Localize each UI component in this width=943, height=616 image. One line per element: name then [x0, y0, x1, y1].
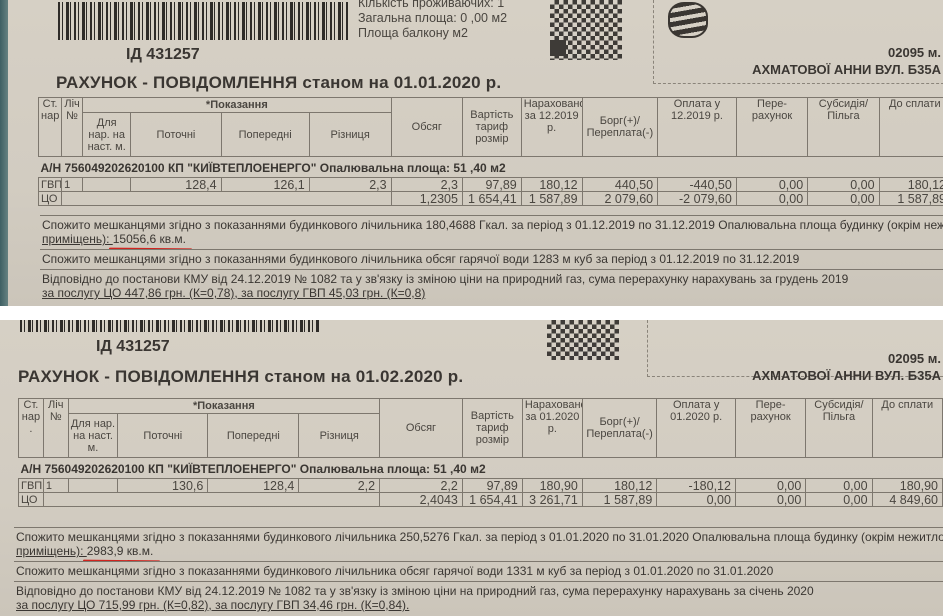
note-hot-water-consumption: Спожито мешканцями згідно з показаннями …: [14, 561, 943, 581]
col-header-previous: Попередні: [221, 113, 309, 157]
street-address: АХМАТОВОЇ АННИ ВУЛ. Б35А: [752, 367, 941, 384]
note-hot-water-consumption: Спожито мешканцями згідно з показаннями …: [40, 249, 943, 269]
cell-empty-readings: [43, 493, 379, 507]
highlighted-building-area: 2983,9 кв.м.: [87, 544, 154, 558]
street-address: АХМАТОВОЇ АННИ ВУЛ. Б35А: [752, 61, 941, 78]
cell-payment: 0,00: [657, 493, 736, 507]
col-header-volume: Обсяг: [391, 98, 462, 157]
total-area: Загальна площа: 0 ,00 м2: [358, 11, 507, 26]
cell-service: ГВП: [19, 479, 44, 493]
cell-debt: 1 587,89: [582, 493, 656, 507]
cell-recalculation: 0,00: [735, 479, 805, 493]
cell-recalculation: 0,00: [735, 493, 805, 507]
bill-id: ІД 431257: [126, 46, 200, 64]
cell-to-pay: 180,90: [872, 479, 942, 493]
note-recalculation: Відповідно до постанови КМУ від 24.12.20…: [40, 269, 943, 303]
account-line: А/Н 756049202620100 КП "КИЇВТЕПЛОЕНЕРГО"…: [39, 157, 943, 178]
cell-tariff: 1 654,41: [462, 493, 522, 507]
col-header-difference: Різниця: [299, 414, 380, 458]
col-header-payment: Оплата у 12.2019 р.: [658, 98, 737, 157]
cell-accrued: 1 587,89: [521, 192, 582, 206]
barcode: [20, 320, 320, 332]
cell-debt: 2 079,60: [582, 192, 658, 206]
cell-to-pay: 1 587,89: [879, 192, 943, 206]
col-header-readings: *Показання: [83, 98, 392, 113]
col-header-readings: *Показання: [68, 399, 379, 414]
cell-payment: -440,50: [658, 178, 737, 192]
cell-meter: 1: [43, 479, 68, 493]
col-header-st-nar: Ст. нар: [39, 98, 62, 157]
cell-accrued: 180,90: [522, 479, 582, 493]
cell-accrued: 180,12: [521, 178, 582, 192]
col-header-previous: Попередні: [208, 414, 299, 458]
col-header-debt: Борг(+)/ Переплата(-): [582, 399, 656, 458]
cell-difference: 2,2: [299, 479, 380, 493]
cell-debt: 180,12: [582, 479, 656, 493]
col-header-difference: Різниця: [309, 113, 391, 157]
bill-title: РАХУНОК - ПОВІДОМЛЕННЯ станом на 01.02.2…: [18, 367, 463, 387]
cell-recalculation: 0,00: [736, 178, 807, 192]
cell-next-month: [83, 178, 131, 192]
cell-current: 128,4: [131, 178, 221, 192]
table-row-hot-water: ГВП 1 128,4 126,1 2,3 2,3 97,89 180,12 4…: [39, 178, 943, 192]
col-header-to-pay: До сплати: [879, 98, 943, 157]
col-header-current: Поточні: [118, 414, 208, 458]
col-header-next-month: Для нар. на наст. м.: [83, 113, 131, 157]
household-info: Кількість проживаючих: 1 Загальна площа:…: [358, 0, 507, 41]
bill-paper: ІД 431257 Кількість проживаючих: 1 Загал…: [8, 0, 943, 306]
col-header-payment: Оплата у 01.2020 р.: [657, 399, 736, 458]
bill-notes: Спожито мешканцями згідно з показаннями …: [14, 527, 943, 615]
cell-accrued: 3 261,71: [522, 493, 582, 507]
bill-photo-january: ІД 431257 Кількість проживаючих: 1 Загал…: [0, 0, 943, 306]
cell-subsidy: 0,00: [806, 493, 872, 507]
col-header-accrued: Нараховано за 12.2019 р.: [521, 98, 582, 157]
cell-subsidy: 0,00: [808, 192, 879, 206]
col-header-meter-no: Ліч №: [43, 399, 68, 458]
bill-notes: Спожито мешканцями згідно з показаннями …: [40, 215, 943, 303]
col-header-next-month: Для нар. на наст. м.: [68, 414, 118, 458]
cell-meter: 1: [62, 178, 83, 192]
bill-id: ІД 431257: [96, 338, 170, 356]
table-row-heating: ЦО 2,4043 1 654,41 3 261,71 1 587,89 0,0…: [19, 493, 943, 507]
cell-tariff: 97,89: [462, 479, 522, 493]
cell-previous: 128,4: [208, 479, 299, 493]
account-line: А/Н 756049202620100 КП "КИЇВТЕПЛОЕНЕРГО"…: [19, 458, 943, 479]
cell-to-pay: 180,12: [879, 178, 943, 192]
cell-subsidy: 0,00: [808, 178, 879, 192]
table-row-heating: ЦО 1,2305 1 654,41 1 587,89 2 079,60 -2 …: [39, 192, 943, 206]
cell-debt: 440,50: [582, 178, 658, 192]
bill-paper: ІД 431257 02095 м. АХМАТОВОЇ АННИ ВУЛ. Б…: [0, 320, 943, 616]
company-logo-icon: [668, 2, 708, 38]
cell-payment: -2 079,60: [658, 192, 737, 206]
postal-code: 02095 м.: [752, 44, 941, 61]
address: 02095 м. АХМАТОВОЇ АННИ ВУЛ. Б35А: [752, 44, 941, 78]
charges-table: Ст. нар . Ліч № *Показання Обсяг Вартіст…: [18, 398, 943, 507]
cell-payment: -180,12: [657, 479, 736, 493]
charges-table: Ст. нар Ліч № *Показання Обсяг Вартість …: [38, 97, 943, 206]
postal-code: 02095 м.: [752, 350, 941, 367]
cell-recalculation: 0,00: [736, 192, 807, 206]
col-header-debt: Борг(+)/ Переплата(-): [582, 98, 658, 157]
cell-service: ЦО: [39, 192, 62, 206]
qr-code: [550, 0, 622, 60]
col-header-current: Поточні: [131, 113, 221, 157]
cell-difference: 2,3: [309, 178, 391, 192]
qr-code: [547, 320, 619, 360]
balcony-area: Площа балкону м2: [358, 26, 507, 41]
col-header-meter-no: Ліч №: [62, 98, 83, 157]
cell-next-month: [68, 479, 118, 493]
cell-subsidy: 0,00: [806, 479, 872, 493]
cell-to-pay: 4 849,60: [872, 493, 942, 507]
cell-volume: 2,2: [380, 479, 463, 493]
cell-previous: 126,1: [221, 178, 309, 192]
col-header-tariff: Вартість тариф розмір: [462, 399, 522, 458]
note-recalculation: Відповідно до постанови КМУ від 24.12.20…: [14, 581, 943, 615]
cell-current: 130,6: [118, 479, 208, 493]
table-row-hot-water: ГВП 1 130,6 128,4 2,2 2,2 97,89 180,90 1…: [19, 479, 943, 493]
cell-empty-readings: [62, 192, 392, 206]
bill-photo-february: ІД 431257 02095 м. АХМАТОВОЇ АННИ ВУЛ. Б…: [0, 320, 943, 616]
cell-tariff: 97,89: [462, 178, 521, 192]
bill-title: РАХУНОК - ПОВІДОМЛЕННЯ станом на 01.01.2…: [56, 73, 501, 93]
cell-volume: 2,3: [391, 178, 462, 192]
col-header-recalculation: Пере- рахунок: [735, 399, 805, 458]
col-header-accrued: Нараховано за 01.2020 р.: [522, 399, 582, 458]
cell-volume: 1,2305: [391, 192, 462, 206]
cell-service: ЦО: [19, 493, 44, 507]
col-header-volume: Обсяг: [380, 399, 463, 458]
note-building-heat-consumption: Спожито мешканцями згідно з показаннями …: [40, 215, 943, 249]
col-header-tariff: Вартість тариф розмір: [462, 98, 521, 157]
cell-tariff: 1 654,41: [462, 192, 521, 206]
col-header-st-nar: Ст. нар .: [19, 399, 44, 458]
address: 02095 м. АХМАТОВОЇ АННИ ВУЛ. Б35А: [752, 350, 941, 384]
col-header-to-pay: До сплати: [872, 399, 942, 458]
cell-volume: 2,4043: [380, 493, 463, 507]
col-header-subsidy: Субсидія/ Пільга: [808, 98, 879, 157]
col-header-subsidy: Субсидія/ Пільга: [806, 399, 872, 458]
residents-count: Кількість проживаючих: 1: [358, 0, 507, 11]
cell-service: ГВП: [39, 178, 62, 192]
note-building-heat-consumption: Спожито мешканцями згідно з показаннями …: [14, 527, 943, 561]
highlighted-building-area: 15056,6 кв.м.: [113, 232, 186, 246]
col-header-recalculation: Пере- рахунок: [736, 98, 807, 157]
barcode: [58, 2, 348, 40]
